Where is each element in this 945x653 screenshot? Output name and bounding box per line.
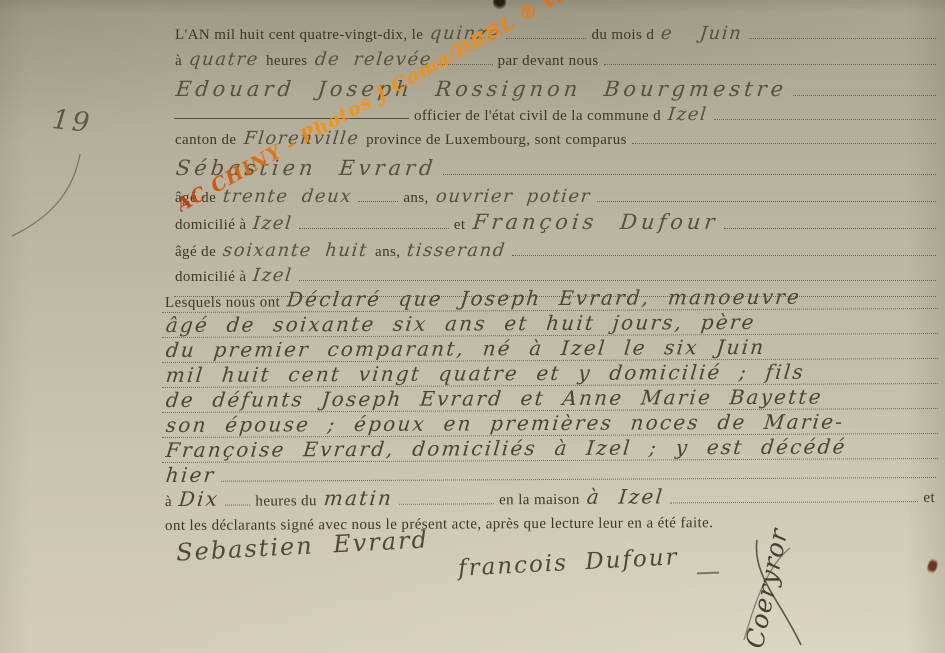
dotted-rule [399, 503, 494, 504]
printed-form-text: ans, [400, 190, 431, 207]
printed-form-text: province de Luxembourg, sont comparus [363, 132, 630, 149]
dotted-rule [793, 95, 936, 96]
handwritten-entry: quatre [184, 49, 264, 70]
dotted-rule [299, 280, 936, 281]
dotted-rule [604, 64, 936, 65]
printed-form-text: ont les déclarants signé avec nous le pr… [162, 515, 716, 535]
dotted-rule [222, 477, 937, 482]
handwritten-entry: Dix [174, 487, 225, 511]
solid-rule [174, 118, 409, 119]
form-header-block: L'AN mil huit cent quatre-vingt-dix, leq… [172, 18, 938, 302]
stray-pen-mark [697, 572, 719, 575]
printed-form-text: domicilié à [172, 269, 249, 286]
printed-form-text: et [451, 217, 469, 234]
form-line: officier de l'état civil de la commune d… [172, 101, 938, 125]
form-line: âgé detrente deuxans,ouvrier potier [172, 180, 938, 207]
dotted-rule [749, 38, 936, 39]
signature-declarant-2: francois Dufour [457, 544, 679, 582]
dotted-rule [443, 174, 936, 175]
handwritten-entry: ouvrier potier [431, 186, 596, 207]
dotted-rule [299, 228, 449, 229]
handwritten-entry: à Izel [582, 484, 670, 508]
dotted-rule [597, 201, 936, 202]
printed-form-text: canton de [172, 132, 240, 149]
handwritten-entry: Izel [663, 104, 713, 125]
dotted-rule [714, 119, 937, 120]
form-line: L'AN mil huit cent quatre-vingt-dix, leq… [172, 18, 938, 44]
dotted-rule [724, 228, 936, 229]
declaration-line: ont les déclarants signé avec nous le pr… [162, 507, 938, 535]
form-line: Edouard Joseph Rossignon Bourgmestre [172, 70, 938, 101]
handwritten-entry: de défunts Joseph Evrard et Anne Marie B… [162, 385, 828, 412]
printed-form-text: ans, [372, 244, 403, 261]
handwritten-entry: Edouard Joseph Rossignon Bourgmestre [172, 77, 792, 101]
printed-form-text: âgé de [172, 244, 219, 261]
handwritten-entry: âgé de soixante six ans et huit jours, p… [162, 310, 761, 337]
printed-form-text: heures [263, 53, 311, 70]
handwritten-entry: tisserand [402, 240, 511, 261]
handwritten-entry: du premier comparant, né à Izel le six J… [162, 335, 771, 362]
handwritten-entry: Izel [248, 213, 298, 234]
printed-form-text: heures du [252, 493, 320, 510]
dotted-rule [632, 143, 936, 144]
printed-form-text: et [920, 490, 938, 507]
declaration-block: Lesquels nous ontDéclaré que Joseph Evra… [162, 286, 938, 533]
dotted-rule [512, 255, 936, 256]
handwritten-entry: hier [162, 463, 221, 487]
handwritten-entry: Izel [248, 265, 298, 286]
handwritten-entry: soixante huit [218, 240, 373, 261]
handwritten-entry: e Juin [656, 23, 748, 44]
printed-form-text: officier de l'état civil de la commune d [411, 108, 664, 125]
paper-speck [926, 557, 939, 575]
printed-form-text: en la maison [496, 492, 583, 509]
handwritten-entry: Françoise Evrard, domiciliés à Izel ; y … [162, 434, 852, 462]
handwritten-entry: matin [319, 486, 399, 510]
printed-form-text: Lesquels nous ont [162, 294, 283, 312]
form-line: âgé desoixante huitans,tisserand [172, 234, 938, 261]
form-line: àquatreheuresde relevéepar devant nous [172, 44, 938, 70]
handwritten-entry: Déclaré que Joseph Evrard, manoeuvre [282, 285, 806, 312]
handwritten-entry: trente deux [218, 186, 357, 207]
printed-form-text: par devant nous [495, 53, 602, 70]
dotted-rule [358, 201, 398, 202]
printed-form-text: L'AN mil huit cent quatre-vingt-dix, le [172, 27, 426, 44]
form-line: domicilié àIzeletFrançois Dufour [172, 207, 938, 234]
handwritten-entry: son épouse ; époux en premières noces de… [162, 409, 850, 437]
ink-spot [493, 0, 506, 10]
printed-form-text: domicilié à [172, 217, 249, 234]
dotted-rule [225, 505, 250, 506]
form-line: domicilié àIzel [172, 261, 938, 286]
dotted-rule [506, 38, 586, 39]
death-record-scan: 19 L'AN mil huit cent quatre-vingt-dix, … [0, 0, 945, 653]
printed-form-text: du mois d [588, 27, 657, 44]
handwritten-entry: mil huit cent vingt quatre et y domicili… [162, 360, 810, 387]
act-number-flourish [8, 128, 98, 248]
handwritten-entry: François Dufour [467, 210, 723, 234]
